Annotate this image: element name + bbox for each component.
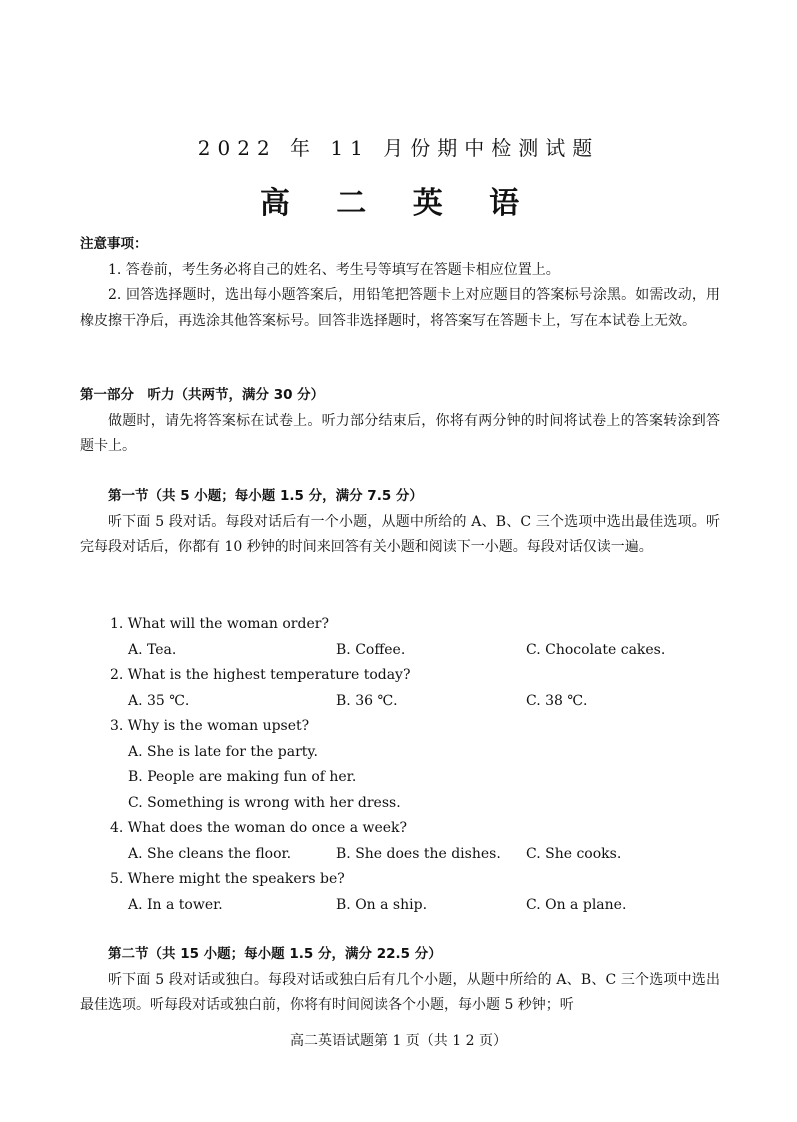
notice-item-2: 2. 回答选择题时，选出每小题答案后，用铅笔把答题卡上对应题目的答案标号涂黑。如…: [80, 283, 720, 334]
options-row: A. She cleans the floor. B. She does the…: [110, 842, 710, 868]
page-footer: 高二英语试题第 1 页（共 1 2 页）: [0, 1030, 797, 1050]
option-b: B. 36 ℃.: [336, 689, 398, 715]
part1-section: 第一部分 听力（共两节，满分 30 分） 做题时，请先将答案标在试卷上。听力部分…: [80, 383, 720, 460]
exam-page: 2022 年 11 月份期中检测试题 高 二 英 语 注意事项： 1. 答卷前，…: [0, 0, 797, 1122]
question-2: 2. What is the highest temperature today…: [110, 663, 710, 714]
question-stem: 5. Where might the speakers be?: [110, 867, 710, 893]
section2-instruction: 听下面 5 段对话或独白。每段对话或独白后有几个小题，从题中所给的 A、B、C …: [80, 968, 720, 1019]
part1-heading: 第一部分 听力（共两节，满分 30 分）: [80, 383, 720, 409]
question-stem: 4. What does the woman do once a week?: [110, 816, 710, 842]
notice-heading: 注意事项：: [80, 232, 720, 258]
question-list: 1. What will the woman order? A. Tea. B.…: [110, 612, 710, 918]
section1-instruction: 听下面 5 段对话。每段对话后有一个小题，从题中所给的 A、B、C 三个选项中选…: [80, 510, 720, 561]
options-row: A. Tea. B. Coffee. C. Chocolate cakes.: [110, 638, 710, 664]
section1-block: 第一节（共 5 小题；每小题 1.5 分，满分 7.5 分） 听下面 5 段对话…: [80, 484, 720, 561]
question-stem: 2. What is the highest temperature today…: [110, 663, 710, 689]
option-c: C. On a plane.: [526, 893, 626, 919]
question-5: 5. Where might the speakers be? A. In a …: [110, 867, 710, 918]
question-3: 3. Why is the woman upset? A. She is lat…: [110, 714, 710, 816]
option-b: B. People are making fun of her.: [110, 765, 710, 791]
options-row: A. 35 ℃. B. 36 ℃. C. 38 ℃.: [110, 689, 710, 715]
option-b: B. On a ship.: [336, 893, 427, 919]
section2-heading: 第二节（共 15 小题；每小题 1.5 分，满分 22.5 分）: [80, 942, 720, 968]
option-a: A. She is late for the party.: [110, 740, 710, 766]
notice-section: 注意事项： 1. 答卷前，考生务必将自己的姓名、考生号等填写在答题卡相应位置上。…: [80, 232, 720, 334]
subject-title: 高 二 英 语: [0, 178, 797, 222]
option-a: A. She cleans the floor.: [128, 842, 291, 868]
option-c: C. Chocolate cakes.: [526, 638, 665, 664]
option-a: A. Tea.: [128, 638, 176, 664]
question-stem: 1. What will the woman order?: [110, 612, 710, 638]
option-a: A. 35 ℃.: [128, 689, 189, 715]
notice-item-1: 1. 答卷前，考生务必将自己的姓名、考生号等填写在答题卡相应位置上。: [80, 258, 720, 284]
options-row: A. In a tower. B. On a ship. C. On a pla…: [110, 893, 710, 919]
question-4: 4. What does the woman do once a week? A…: [110, 816, 710, 867]
option-c: C. Something is wrong with her dress.: [110, 791, 710, 817]
section2-block: 第二节（共 15 小题；每小题 1.5 分，满分 22.5 分） 听下面 5 段…: [80, 942, 720, 1019]
option-c: C. She cooks.: [526, 842, 621, 868]
option-b: B. She does the dishes.: [336, 842, 501, 868]
question-1: 1. What will the woman order? A. Tea. B.…: [110, 612, 710, 663]
section1-heading: 第一节（共 5 小题；每小题 1.5 分，满分 7.5 分）: [80, 484, 720, 510]
question-stem: 3. Why is the woman upset?: [110, 714, 710, 740]
option-b: B. Coffee.: [336, 638, 405, 664]
option-c: C. 38 ℃.: [526, 689, 588, 715]
part1-instruction: 做题时，请先将答案标在试卷上。听力部分结束后，你将有两分钟的时间将试卷上的答案转…: [80, 409, 720, 460]
exam-title: 2022 年 11 月份期中检测试题: [0, 132, 797, 161]
option-a: A. In a tower.: [128, 893, 223, 919]
